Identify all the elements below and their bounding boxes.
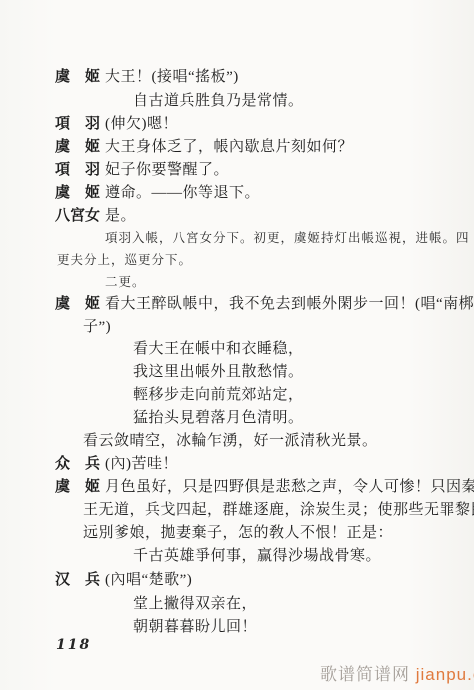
- speaker-name: 項 羽: [55, 117, 105, 132]
- script-line: 虞 姬月色虽好，只是四野俱是悲愁之声，令人可惨！只因秦: [55, 480, 474, 495]
- speaker-name: 虞 姬: [55, 480, 105, 495]
- lyric-line: 堂上撇得双亲在，: [133, 597, 257, 612]
- dialogue-text: (內唱“楚歌”): [105, 572, 192, 588]
- script-line: 虞 姬大王身体乏了，帳內歇息片刻如何？: [55, 140, 353, 155]
- stage-direction: 項羽入帳，八宮女分下。初更，虞姬持灯出帳巡視，进帳。四: [105, 232, 470, 245]
- script-line: 項 羽妃子你要警醒了。: [55, 163, 229, 178]
- dialogue-text: 大王身体乏了，帳內歇息片刻如何？: [105, 139, 353, 155]
- dialogue-text: 大王！(接唱“搖板”): [105, 69, 239, 85]
- dialogue-text: 是。: [105, 208, 136, 224]
- dialogue-wrap-line: 王无道，兵戈四起，群雄逐鹿，涂炭生灵；使那些无罪黎民，: [83, 503, 474, 518]
- lyric-line: 看大王在帳中和衣睡稳，: [133, 342, 304, 357]
- script-line: 虞 姬遵命。——你等退下。: [55, 186, 260, 201]
- speaker-name: 八宮女: [55, 209, 105, 224]
- speaker-name: 項 羽: [55, 163, 105, 178]
- script-line: 虞 姬大王！(接唱“搖板”): [55, 70, 239, 85]
- lyric-line: 我这里出帳外且散愁情。: [133, 365, 304, 380]
- speaker-name: 虞 姬: [55, 186, 105, 201]
- lyric-line: 自古道兵胜負乃是常情。: [133, 94, 304, 109]
- dialogue-text: 月色虽好，只是四野俱是悲愁之声，令人可惨！只因秦: [105, 479, 474, 495]
- watermark: 歌谱简谱网 jianpu.cn: [320, 660, 474, 685]
- speaker-name: 众 兵: [55, 457, 105, 472]
- page-number: 118: [56, 637, 91, 653]
- speaker-name: 虞 姬: [55, 70, 105, 85]
- lyric-line: 千古英雄爭何事，赢得沙場战骨寒。: [133, 549, 381, 564]
- watermark-site-url: jianpu.cn: [416, 665, 474, 684]
- script-line: 虞 姬看大王醉臥帳中，我不免去到帳外閑步一回！(唱“南梆: [55, 297, 474, 312]
- lyric-line: 朝朝暮暮盼儿回！: [133, 620, 257, 635]
- speaker-name: 虞 姬: [55, 140, 105, 155]
- watermark-site-name: 歌谱简谱网: [320, 665, 416, 684]
- script-line: 众 兵(內)苦哇！: [55, 457, 178, 472]
- dialogue-text: (內)苦哇！: [105, 456, 178, 472]
- stage-direction: 二更。: [105, 276, 146, 289]
- dialogue-wrap-line: 看云敛晴空，冰輪乍湧，好一派清秋光景。: [83, 434, 378, 449]
- dialogue-text: (伸欠)嗯！: [105, 116, 178, 132]
- script-line: 八宮女是。: [55, 209, 136, 224]
- script-line: 項 羽(伸欠)嗯！: [55, 117, 178, 132]
- lyric-line: 猛抬头見碧落月色清明。: [133, 411, 304, 426]
- dialogue-wrap-line: 远別爹娘，拋妻棄子，怎的敎人不恨！正是：: [83, 526, 393, 541]
- dialogue-text: 遵命。——你等退下。: [105, 185, 260, 201]
- script-line: 汉 兵(內唱“楚歌”): [55, 573, 192, 588]
- speaker-name: 汉 兵: [55, 573, 105, 588]
- script-book-page: 虞 姬大王！(接唱“搖板”) 自古道兵胜負乃是常情。 項 羽(伸欠)嗯！ 虞 姬…: [0, 0, 474, 690]
- stage-direction: 更夫分上，巡更分下。: [57, 254, 192, 267]
- speaker-name: 虞 姬: [55, 297, 105, 312]
- dialogue-text: 看大王醉臥帳中，我不免去到帳外閑步一回！(唱“南梆: [105, 296, 474, 312]
- lyric-line: 輕移步走向前荒郊站定，: [133, 388, 304, 403]
- dialogue-wrap-line: 子”): [83, 320, 111, 335]
- dialogue-text: 妃子你要警醒了。: [105, 162, 229, 178]
